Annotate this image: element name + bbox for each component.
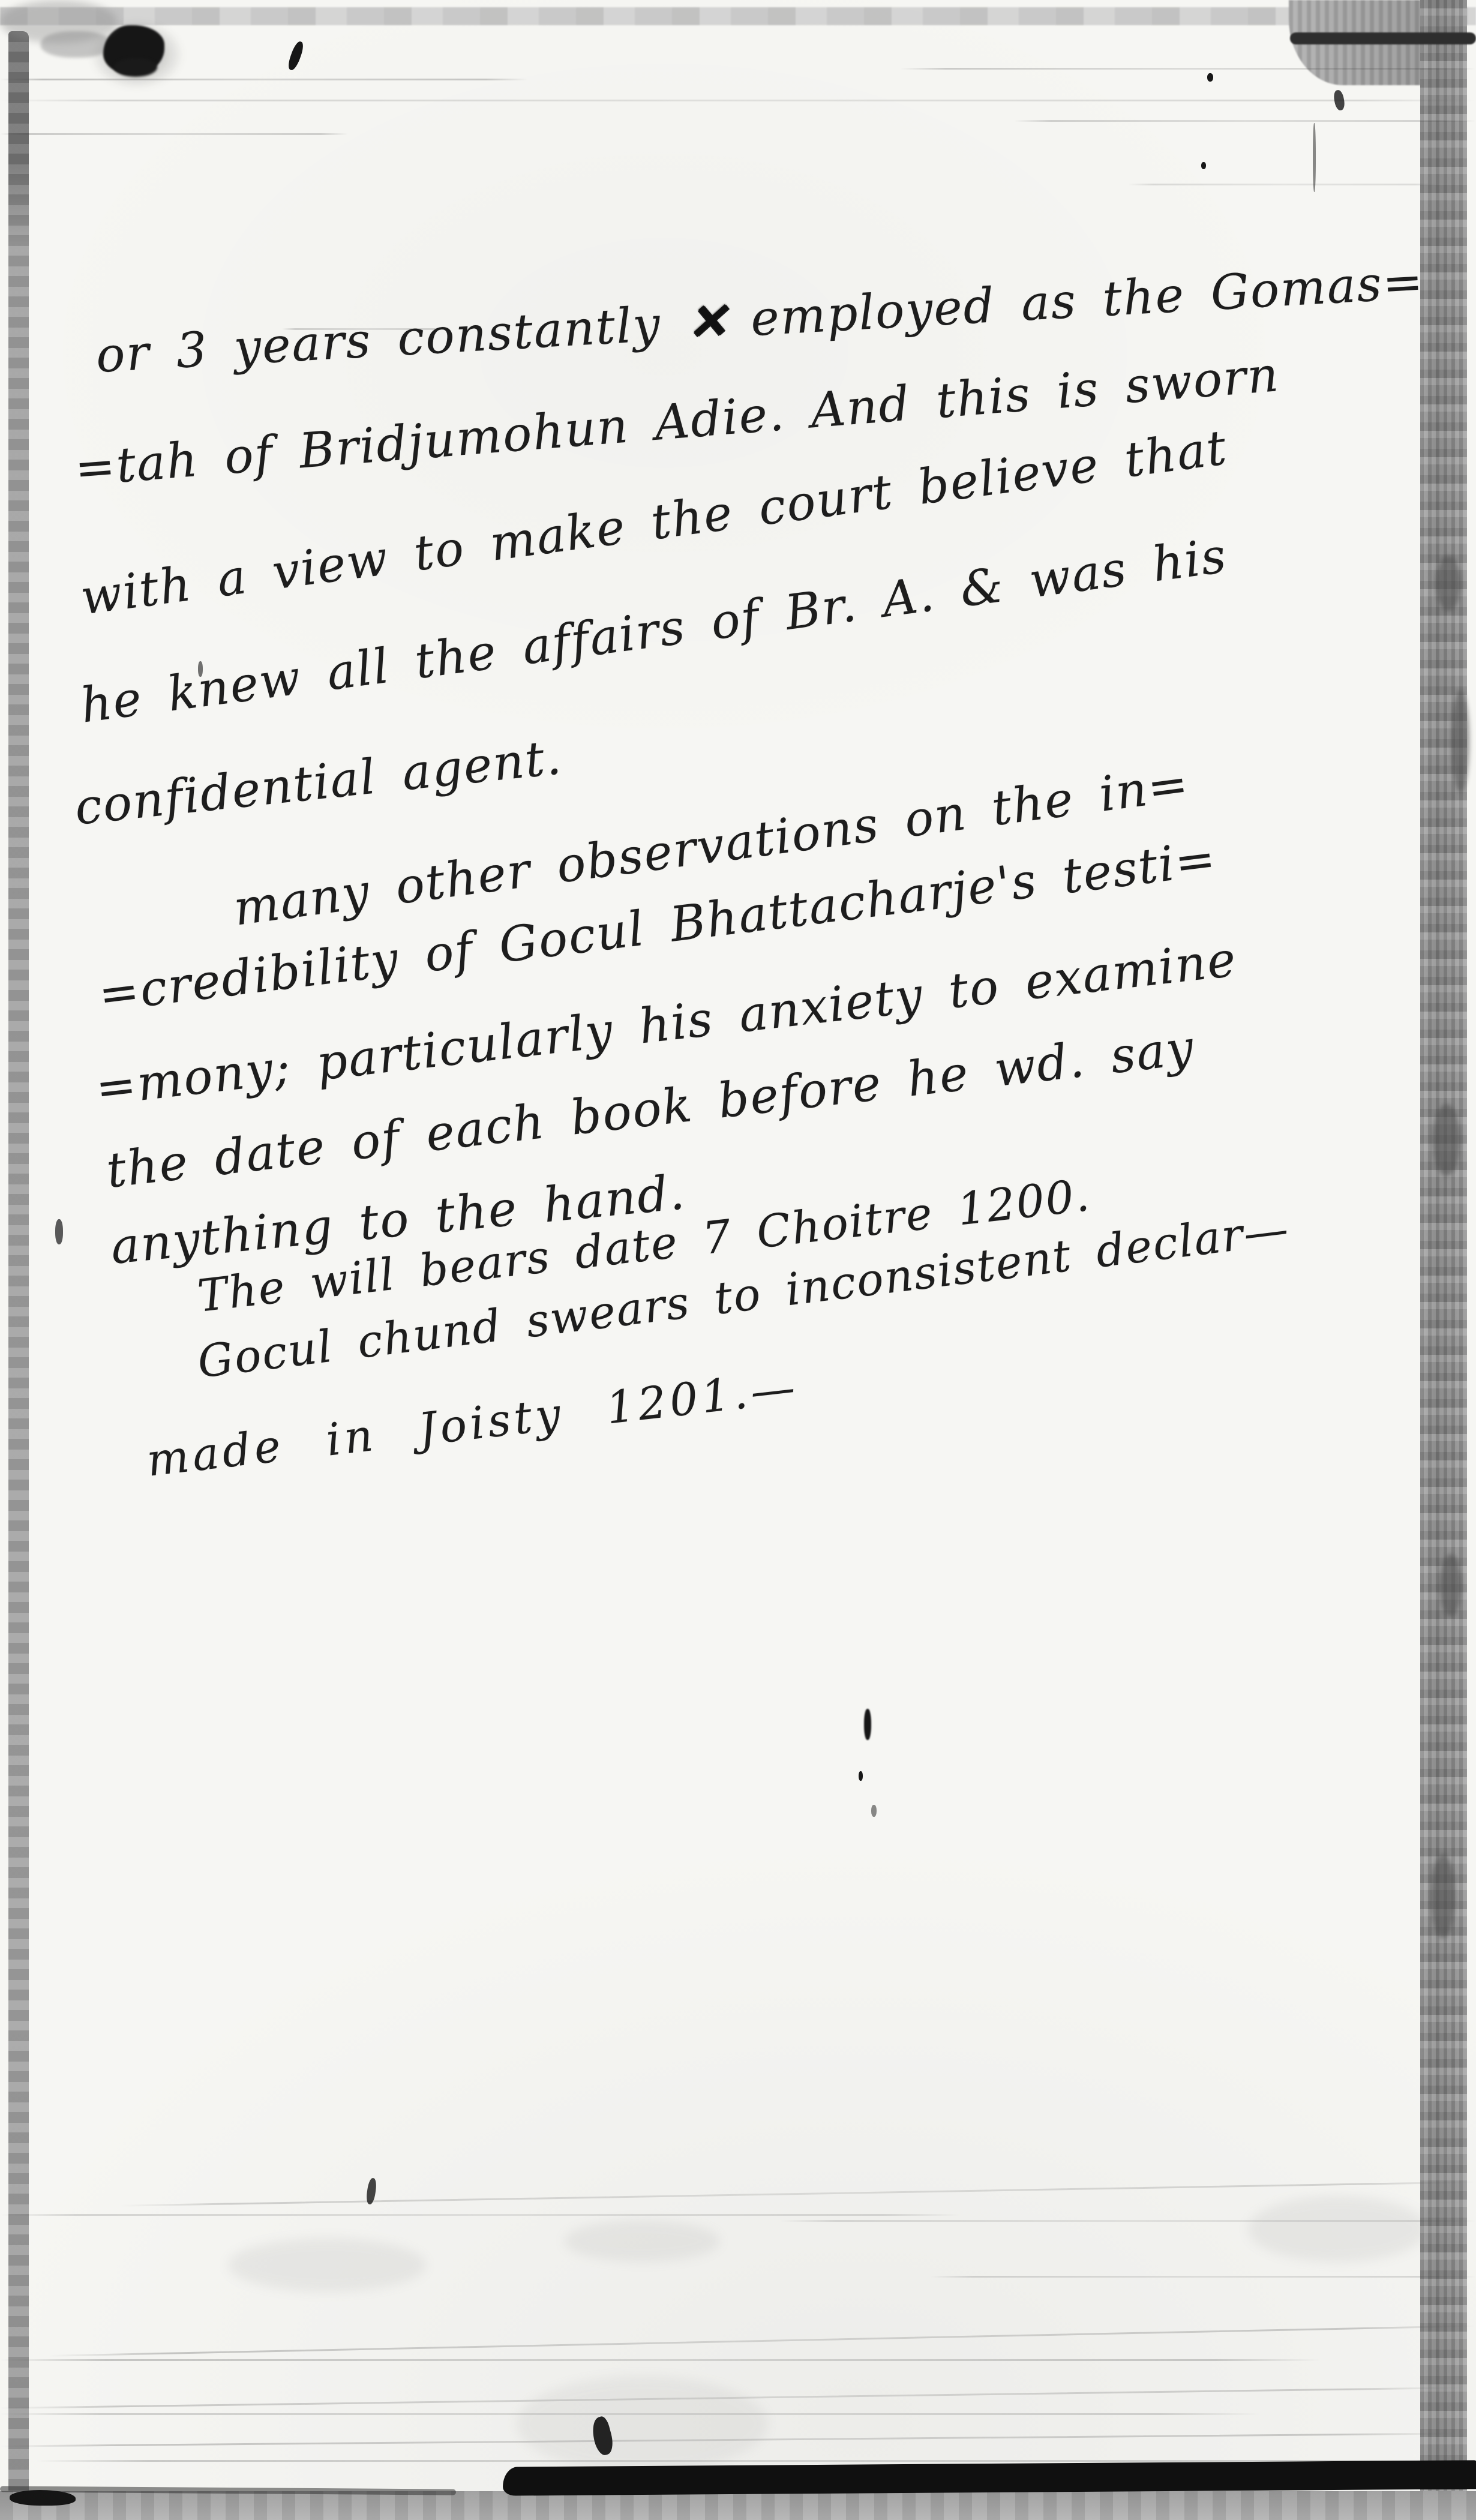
- ink-mark: [1333, 89, 1346, 111]
- scratch-line: [0, 79, 528, 80]
- line-text: or 3 years constantly: [94, 296, 662, 383]
- ink-smudge: [0, 0, 117, 43]
- ink-speck: [198, 661, 203, 677]
- scanned-page: or 3 years constantly ✕ employed as the …: [0, 0, 1476, 2520]
- scratch-line: [120, 2181, 1476, 2206]
- ink-speck: [871, 1805, 877, 1817]
- line-text: employed as the Gomas=: [749, 253, 1426, 347]
- scratch-mark: [1313, 123, 1316, 192]
- ghost-stain: [228, 2238, 426, 2292]
- film-edge-right: [1420, 0, 1467, 2520]
- ink-blot: [114, 58, 157, 77]
- ink-speck: [859, 1771, 863, 1781]
- ink-mark: [286, 40, 305, 71]
- scan-top-band: [0, 7, 1476, 25]
- struck-out-letter: ✕: [685, 292, 726, 350]
- scratch-line: [48, 2325, 1476, 2357]
- ink-speck: [1201, 162, 1206, 169]
- edge-knot: [1436, 556, 1461, 611]
- scratch-line: [1128, 184, 1440, 185]
- film-edge-left: [8, 31, 29, 2520]
- scratch-line: [900, 68, 1476, 70]
- ghost-stain: [1248, 2196, 1428, 2262]
- scan-bottom-blot: [10, 2490, 76, 2506]
- scratch-line: [0, 133, 348, 135]
- ghost-stain: [564, 2220, 720, 2262]
- scratch-line: [0, 100, 1476, 101]
- ghost-stain: [516, 2376, 768, 2472]
- scratch-line: [0, 2214, 960, 2216]
- scratch-line: [1014, 120, 1476, 122]
- edge-knot: [1433, 1104, 1460, 1176]
- ink-drip: [864, 1709, 871, 1740]
- edge-knot: [1451, 690, 1469, 792]
- scan-bottom-shadow: [503, 2460, 1476, 2495]
- ink-speck: [1207, 73, 1213, 82]
- scan-bottom-band: [0, 2491, 1476, 2520]
- handwritten-line: confidential agent.: [72, 729, 565, 836]
- edge-knot: [1431, 1854, 1455, 1938]
- scratch-line: [0, 2359, 1320, 2361]
- ink-speck: [55, 1219, 63, 1244]
- film-edge-dark-line: [1290, 32, 1476, 44]
- edge-knot: [1440, 1554, 1462, 1616]
- scratch-line: [930, 2276, 1476, 2278]
